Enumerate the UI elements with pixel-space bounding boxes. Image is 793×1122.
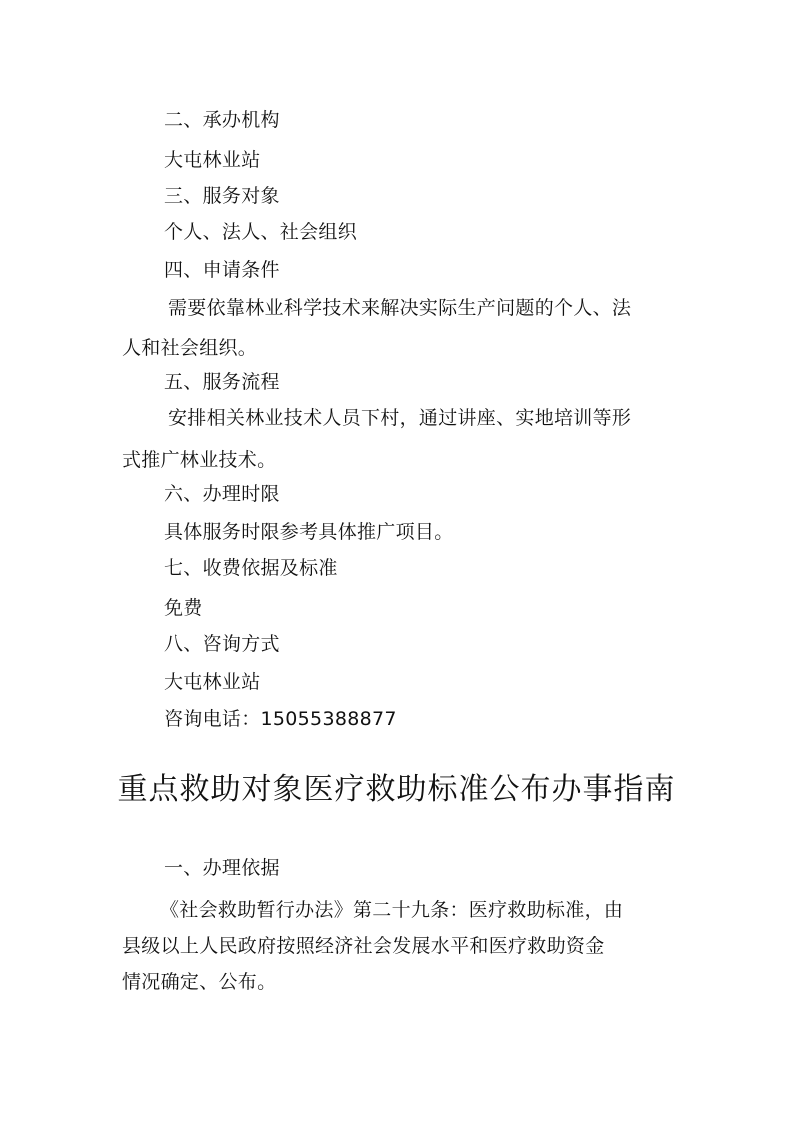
paragraph-consult-agency: 大屯林业站 <box>164 670 261 694</box>
heading-service-process: 五、服务流程 <box>164 370 280 394</box>
heading-consultation: 八、咨询方式 <box>164 632 280 656</box>
paragraph-fee: 免费 <box>164 596 203 620</box>
heading-legal-basis: 一、办理依据 <box>164 856 280 880</box>
paragraph-consult-phone: 咨询电话：15055388877 <box>164 707 397 731</box>
heading-fee-basis: 七、收费依据及标准 <box>164 556 338 580</box>
document-title: 重点救助对象医疗救助标准公布办事指南 <box>0 770 793 810</box>
paragraph-service-target: 个人、法人、社会组织 <box>164 220 357 244</box>
paragraph-basis-line3: 情况确定、公布。 <box>122 970 276 994</box>
heading-time-limit: 六、办理时限 <box>164 482 280 506</box>
paragraph-conditions-line1: 需要依靠林业科学技术来解决实际生产问题的个人、法 <box>168 296 631 320</box>
paragraph-agency: 大屯林业站 <box>164 148 261 172</box>
paragraph-process-line2: 式推广林业技术。 <box>122 448 276 472</box>
paragraph-basis-line1: 《社会救助暂行办法》第二十九条：医疗救助标准，由 <box>160 898 623 922</box>
paragraph-time-limit: 具体服务时限参考具体推广项目。 <box>164 520 454 544</box>
paragraph-basis-line2: 县级以上人民政府按照经济社会发展水平和医疗救助资金 <box>122 934 605 958</box>
heading-undertaking-agency: 二、承办机构 <box>164 108 280 132</box>
heading-application-conditions: 四、申请条件 <box>164 258 280 282</box>
heading-service-target: 三、服务对象 <box>164 184 280 208</box>
paragraph-conditions-line2: 人和社会组织。 <box>122 336 257 360</box>
paragraph-process-line1: 安排相关林业技术人员下村，通过讲座、实地培训等形 <box>168 406 631 430</box>
